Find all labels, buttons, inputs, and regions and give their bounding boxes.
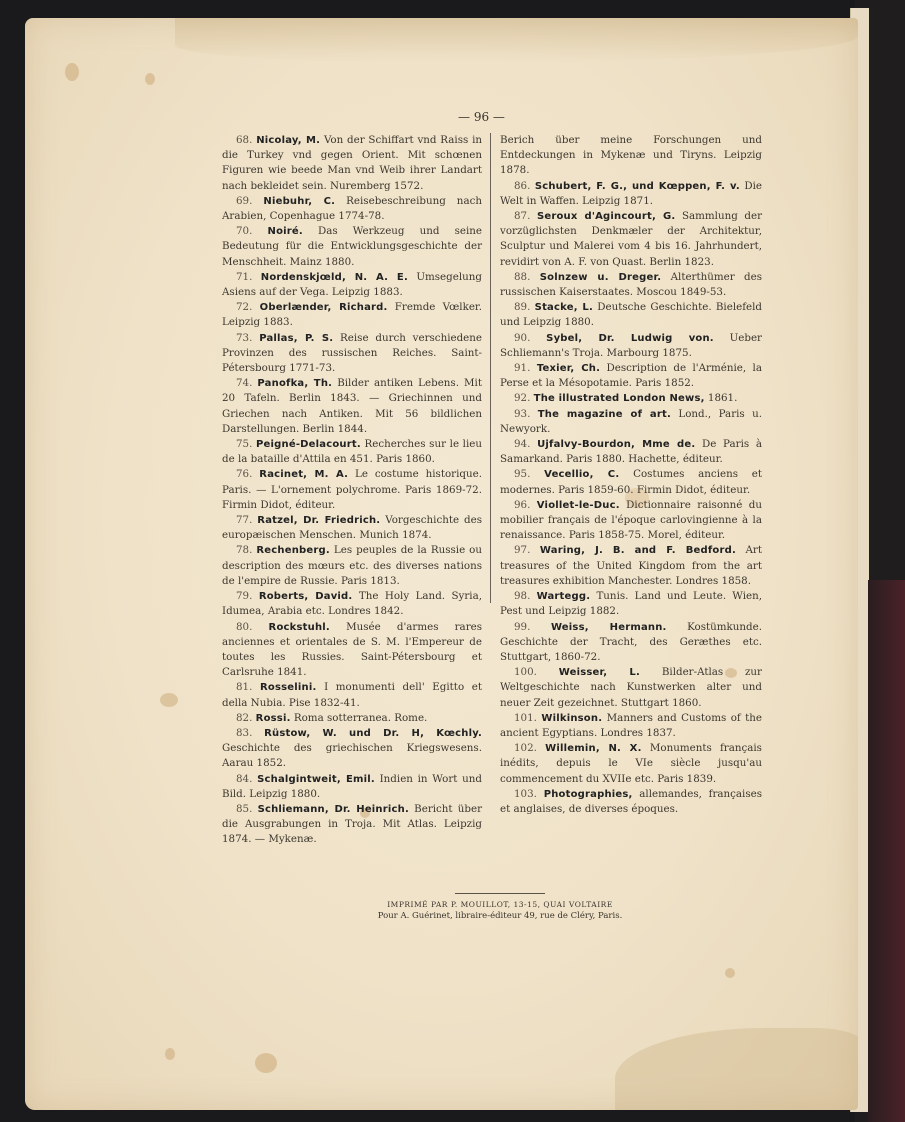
entry-author: Rossi. xyxy=(256,713,291,724)
entry-number: 91. xyxy=(514,362,530,374)
entry-author: Peigné-Delacourt. xyxy=(256,439,361,450)
colophon-rule xyxy=(455,893,545,894)
bibliography-entry: 101. Wilkinson. Manners and Customs of t… xyxy=(500,711,762,741)
entry-number: 94. xyxy=(514,438,530,450)
entry-author: Weisser, L. xyxy=(559,667,640,678)
entry-author: Schubert, F. G., und Kœppen, F. v. xyxy=(535,181,740,192)
entry-number: 82. xyxy=(236,712,252,724)
entry-author: Rechenberg. xyxy=(256,545,329,556)
entry-title: Roma sotterranea. Rome. xyxy=(294,712,427,724)
entry-number: 85. xyxy=(236,803,252,815)
entry-number: 97. xyxy=(514,544,530,556)
bibliography-entry: 96. Viollet-le-Duc. Dictionnaire raisonn… xyxy=(500,498,762,544)
entry-number: 103. xyxy=(514,788,537,800)
entry-author: Wilkinson. xyxy=(541,713,602,724)
entry-title: Musée d'armes rares anciennes et orienta… xyxy=(222,621,482,679)
entry-number: 76. xyxy=(236,468,252,480)
bibliography-entry: 90. Sybel, Dr. Ludwig von. Ueber Schliem… xyxy=(500,331,762,361)
foxing-spot xyxy=(165,1048,175,1060)
entry-title: Manners and Customs of the ancient Egypt… xyxy=(500,712,762,739)
printer-line: IMPRIMÉ PAR P. MOUILLOT, 13-15, QUAI VOL… xyxy=(370,900,630,909)
continuation-text: Berich über meine Forschungen und Entdec… xyxy=(500,133,762,179)
foxing-spot xyxy=(725,968,735,978)
entry-number: 101. xyxy=(514,712,537,724)
bibliography-entry: 71. Nordenskjœld, N. A. E. Umsegelung As… xyxy=(222,270,482,300)
entry-number: 88. xyxy=(514,271,530,283)
foxing-spot xyxy=(160,693,178,707)
entry-number: 95. xyxy=(514,468,530,480)
bibliography-entry: 80. Rockstuhl. Musée d'armes rares ancie… xyxy=(222,620,482,681)
bibliography-entry: 86. Schubert, F. G., und Kœppen, F. v. D… xyxy=(500,179,762,209)
entry-author: Photographies, xyxy=(544,789,633,800)
bibliography-entry: 92. The illustrated London News, 1861. xyxy=(500,391,762,406)
bibliography-entry: 89. Stacke, L. Deutsche Geschichte. Biel… xyxy=(500,300,762,330)
entry-number: 79. xyxy=(236,590,252,602)
entry-number: 100. xyxy=(514,666,537,678)
entry-number: 92. xyxy=(514,392,530,404)
foxing-spot xyxy=(255,1053,277,1073)
water-stain xyxy=(175,18,858,63)
bibliography-entry: 78. Rechenberg. Les peuples de la Russie… xyxy=(222,543,482,589)
bibliography-entry: 87. Seroux d'Agincourt, G. Sammlung der … xyxy=(500,209,762,270)
bibliography-entry: 85. Schliemann, Dr. Heinrich. Bericht üb… xyxy=(222,802,482,848)
bibliography-entry: 103. Photographies, allemandes, français… xyxy=(500,787,762,817)
entry-number: 102. xyxy=(514,742,537,754)
entry-number: 69. xyxy=(236,195,252,207)
foxing-spot xyxy=(145,73,155,85)
left-column: 68. Nicolay, M. Von der Schiffart vnd Ra… xyxy=(222,133,482,848)
entry-author: Willemin, N. X. xyxy=(545,743,641,754)
entry-author: Schalgintweit, Emil. xyxy=(257,774,375,785)
entry-number: 86. xyxy=(514,180,530,192)
entry-author: Wartegg. xyxy=(537,591,591,602)
bibliography-entry: 93. The magazine of art. Lond., Paris u.… xyxy=(500,407,762,437)
entry-author: Nordenskjœld, N. A. E. xyxy=(261,272,408,283)
entry-number: 75. xyxy=(236,438,252,450)
entry-author: Sybel, Dr. Ludwig von. xyxy=(546,333,714,344)
bibliography-entry: 91. Texier, Ch. Description de l'Arménie… xyxy=(500,361,762,391)
entry-author: Solnzew u. Dreger. xyxy=(540,272,661,283)
entry-number: 70. xyxy=(236,225,252,237)
entry-author: Roberts, David. xyxy=(259,591,353,602)
entry-number: 72. xyxy=(236,301,252,313)
entry-number: 77. xyxy=(236,514,252,526)
entry-author: Vecellio, C. xyxy=(544,469,619,480)
entry-title: Reisebeschreibung nach Arabien, Copenhag… xyxy=(222,195,482,222)
bibliography-entry: 69. Niebuhr, C. Reisebeschreibung nach A… xyxy=(222,194,482,224)
bibliography-entry: 76. Racinet, M. A. Le costume historique… xyxy=(222,467,482,513)
bibliography-entry: 99. Weiss, Hermann. Kostümkunde. Geschic… xyxy=(500,620,762,666)
water-stain xyxy=(615,1028,858,1110)
entry-author: Rosselini. xyxy=(260,682,316,693)
bibliography-entry: 95. Vecellio, C. Costumes anciens et mod… xyxy=(500,467,762,497)
entry-title: Geschichte des griechischen Kriegswesens… xyxy=(222,742,482,769)
entry-author: Noiré. xyxy=(268,226,303,237)
bibliography-entry: 94. Ujfalvy-Bourdon, Mme de. De Paris à … xyxy=(500,437,762,467)
entry-number: 90. xyxy=(514,332,530,344)
entry-number: 83. xyxy=(236,727,252,739)
bibliography-entry: 75. Peigné-Delacourt. Recherches sur le … xyxy=(222,437,482,467)
entry-author: Waring, J. B. and F. Bedford. xyxy=(540,545,736,556)
entry-author: Viollet-le-Duc. xyxy=(537,500,620,511)
entry-title: 1861. xyxy=(708,392,737,404)
entry-author: Weiss, Hermann. xyxy=(551,622,667,633)
bibliography-entry: 98. Wartegg. Tunis. Land und Leute. Wien… xyxy=(500,589,762,619)
entry-author: Stacke, L. xyxy=(535,302,593,313)
entry-number: 80. xyxy=(236,621,252,633)
entry-author: Niebuhr, C. xyxy=(263,196,335,207)
entry-number: 71. xyxy=(236,271,252,283)
publisher-line: Pour A. Guérinet, libraire-éditeur 49, r… xyxy=(370,911,630,921)
bibliography-entry: 84. Schalgintweit, Emil. Indien in Wort … xyxy=(222,772,482,802)
entry-author: Racinet, M. A. xyxy=(259,469,348,480)
entry-author: Ratzel, Dr. Friedrich. xyxy=(257,515,380,526)
entry-title: Costumes anciens et modernes. Paris 1859… xyxy=(500,468,762,495)
entry-number: 68. xyxy=(236,134,252,146)
entry-author: Nicolay, M. xyxy=(256,135,320,146)
entry-number: 78. xyxy=(236,544,252,556)
bibliography-entry: 79. Roberts, David. The Holy Land. Syria… xyxy=(222,589,482,619)
entry-author: Texier, Ch. xyxy=(537,363,600,374)
page-number: — 96 — xyxy=(458,110,505,124)
bibliography-entry: 70. Noiré. Das Werkzeug und seine Bedeut… xyxy=(222,224,482,270)
entry-number: 89. xyxy=(514,301,530,313)
bibliography-entry: 73. Pallas, P. S. Reise durch verschiede… xyxy=(222,331,482,377)
colophon: IMPRIMÉ PAR P. MOUILLOT, 13-15, QUAI VOL… xyxy=(370,893,630,921)
bibliography-entry: 88. Solnzew u. Dreger. Alterthümer des r… xyxy=(500,270,762,300)
entry-author: The magazine of art. xyxy=(538,409,671,420)
entry-number: 73. xyxy=(236,332,252,344)
entry-author: Schliemann, Dr. Heinrich. xyxy=(258,804,409,815)
entry-number: 98. xyxy=(514,590,530,602)
entry-author: Rüstow, W. und Dr. H, Kœchly. xyxy=(264,728,482,739)
entry-author: Panofka, Th. xyxy=(257,378,332,389)
right-column: Berich über meine Forschungen und Entdec… xyxy=(500,133,762,817)
entry-author: Oberlænder, Richard. xyxy=(260,302,388,313)
bibliography-entry: 68. Nicolay, M. Von der Schiffart vnd Ra… xyxy=(222,133,482,194)
entry-number: 84. xyxy=(236,773,252,785)
column-divider xyxy=(490,133,491,603)
book-cover-edge xyxy=(868,580,905,1122)
bibliography-entry: 102. Willemin, N. X. Monuments français … xyxy=(500,741,762,787)
entry-author: The illustrated London News, xyxy=(534,393,705,404)
entry-author: Pallas, P. S. xyxy=(259,333,333,344)
entry-number: 81. xyxy=(236,681,252,693)
entry-number: 96. xyxy=(514,499,530,511)
entry-author: Rockstuhl. xyxy=(269,622,330,633)
bibliography-entry: 83. Rüstow, W. und Dr. H, Kœchly. Geschi… xyxy=(222,726,482,772)
entry-number: 99. xyxy=(514,621,530,633)
bibliography-entry: 77. Ratzel, Dr. Friedrich. Vorgeschichte… xyxy=(222,513,482,543)
bibliography-entry: 100. Weisser, L. Bilder-Atlas zur Weltge… xyxy=(500,665,762,711)
bibliography-entry: 72. Oberlænder, Richard. Fremde Vœlker. … xyxy=(222,300,482,330)
entry-author: Ujfalvy-Bourdon, Mme de. xyxy=(537,439,695,450)
entry-number: 87. xyxy=(514,210,530,222)
bibliography-entry: 82. Rossi. Roma sotterranea. Rome. xyxy=(222,711,482,726)
entry-number: 74. xyxy=(236,377,252,389)
entry-number: 93. xyxy=(514,408,530,420)
entry-author: Seroux d'Agincourt, G. xyxy=(537,211,675,222)
foxing-spot xyxy=(65,63,79,81)
entry-title: Das Werkzeug und seine Bedeutung für die… xyxy=(222,225,482,267)
bibliography-entry: 97. Waring, J. B. and F. Bedford. Art tr… xyxy=(500,543,762,589)
bibliography-entry: 81. Rosselini. I monumenti dell' Egitto … xyxy=(222,680,482,710)
bibliography-entry: 74. Panofka, Th. Bilder antiken Lebens. … xyxy=(222,376,482,437)
